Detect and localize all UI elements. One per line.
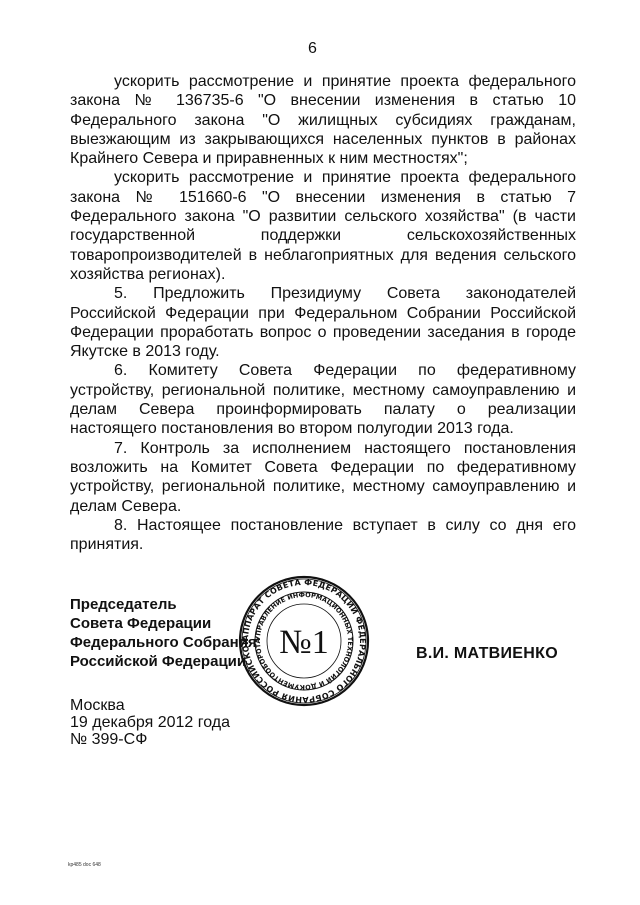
issuance-city: Москва <box>70 697 230 714</box>
document-body: ускорить рассмотрение и принятие проекта… <box>70 72 576 554</box>
issuance-number: № 399-СФ <box>70 731 230 748</box>
paragraph-expedite-law-136735: ускорить рассмотрение и принятие проекта… <box>70 72 576 168</box>
signatory-title-line: Российской Федерации <box>70 652 257 671</box>
signatory-title-line: Совета Федерации <box>70 614 257 633</box>
signatory-title-line: Председатель <box>70 595 257 614</box>
issuance-block: Москва 19 декабря 2012 года № 399-СФ <box>70 697 230 748</box>
footer-file-reference: kp485 doc 648 <box>68 862 101 868</box>
official-seal-stamp: АППАРАТ СОВЕТА ФЕДЕРАЦИИ ФЕДЕРАЛЬНОГО СО… <box>238 575 370 707</box>
signatory-name: В.И. МАТВИЕНКО <box>416 645 558 663</box>
page-number: 6 <box>0 40 625 58</box>
paragraph-expedite-law-151660: ускорить рассмотрение и принятие проекта… <box>70 168 576 284</box>
paragraph-item-6: 6. Комитету Совета Федерации по федерати… <box>70 361 576 438</box>
paragraph-item-7: 7. Контроль за исполнением настоящего по… <box>70 439 576 516</box>
paragraph-item-5: 5. Предложить Президиуму Совета законода… <box>70 284 576 361</box>
signatory-title: Председатель Совета Федерации Федерально… <box>70 595 257 671</box>
stamp-center-number: №1 <box>279 624 328 661</box>
issuance-date: 19 декабря 2012 года <box>70 714 230 731</box>
signatory-title-line: Федерального Собрания <box>70 633 257 652</box>
paragraph-item-8: 8. Настоящее постановление вступает в си… <box>70 516 576 555</box>
